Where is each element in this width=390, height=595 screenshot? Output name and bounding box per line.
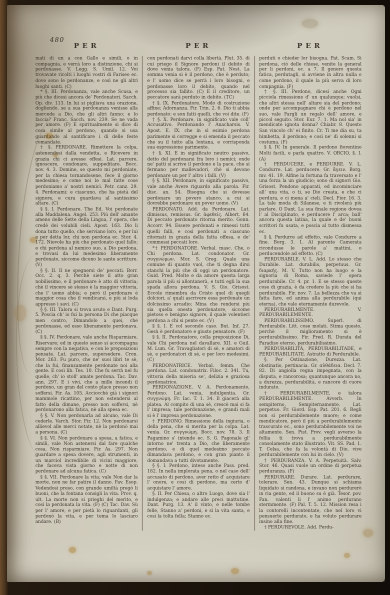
entry-paragraph: † PERDUCERE, e PERDURRE. V. L. Condurre.… xyxy=(259,162,361,235)
running-head: PER xyxy=(297,42,323,50)
entry-paragraph: PERDURARE. Durare. Lat. perdurare, toler… xyxy=(259,475,361,525)
column-left: mati di un a con Gallo e simili, o in co… xyxy=(31,56,142,524)
running-head: PER xyxy=(186,42,212,50)
entry-paragraph: mati di un a con Gallo e simili, o in co… xyxy=(35,56,137,90)
entry-paragraph: § §. I. Perdonare. The Ed. Voi perdonate… xyxy=(35,207,137,268)
page-header: 480 PER PER PER xyxy=(31,37,366,51)
entry-paragraph: § §. VII. Perdonare la vita; vale Non da… xyxy=(35,475,137,524)
entry-paragraph: † §. IX. Perdonatore. Modo di costruzion… xyxy=(147,101,249,118)
column-right: perduti o chieder lor bisogna. Pat. Scam… xyxy=(254,56,366,531)
entry-paragraph: § §. V. Non perdonarla ad alcuno, vale D… xyxy=(35,413,137,435)
column-middle: con perdonati darvi colla libertà. Plut.… xyxy=(142,56,254,531)
running-head: PER xyxy=(74,42,100,50)
foxing-stain xyxy=(302,19,318,28)
entry-paragraph: § §. IV. In generale. Il perdono fiorent… xyxy=(259,145,361,162)
entry-paragraph: PERDONATO. Add. da Perdonare. Lat. dimis… xyxy=(147,207,249,246)
entry-paragraph: † §. PERDONARE. Rimettere la colpa, aste… xyxy=(35,145,137,206)
entry-paragraph: † PERDURANZA. V. A. Perpetuità. Salv. St… xyxy=(259,458,361,475)
header-cell: PER xyxy=(254,37,366,51)
entry-paragraph: § §. III. Talora si trova avuto e Dant. … xyxy=(35,307,137,335)
entry-paragraph: § §. VI. Non perdonare a spesa, a fatica… xyxy=(35,436,137,475)
entry-paragraph: † PERDONO. Rimessione della ingiuria, o … xyxy=(147,419,249,464)
entry-paragraph: § §. I. E col secondo caso. But. Inf. 27… xyxy=(147,324,249,335)
entry-paragraph: §. Per Ostinazione, Durezza. Lat. obstin… xyxy=(259,357,361,391)
entry-paragraph: † PERDUREVOLE. Add. Perdu- xyxy=(259,525,361,531)
entry-paragraph: §. II. Per Chiesa, o altro Luogo, dove s… xyxy=(147,491,249,519)
entry-paragraph: § §. II. Perdonatore, colla preposizione… xyxy=(147,335,249,363)
entry-paragraph: con perdonati darvi colla libertà. Plut.… xyxy=(147,56,249,101)
entry-paragraph: PERDURABILITÀ, PERDURABILITADE, e PERDUR… xyxy=(259,346,361,357)
entry-paragraph: † §. XI. E in significato neutro passivo… xyxy=(147,151,249,179)
text-block: 480 PER PER PER mati di un a con Gallo e… xyxy=(31,37,366,531)
foxing-stain xyxy=(344,553,350,558)
foxing-stain xyxy=(69,547,76,553)
scanned-book-photo: 480 PER PER PER mati di un a con Gallo e… xyxy=(0,0,390,595)
entry-paragraph: PERDONAZIONE. V. A. Perdonamento, Perdon… xyxy=(147,385,249,419)
entry-paragraph: *† PERDONATORE. Verbal. masc. Che, o Chi… xyxy=(147,246,249,324)
entry-paragraph: † §. X. Perdonare, in significato vale c… xyxy=(147,117,249,151)
entry-paragraph: § §. II. Il ne spegnersi de' peccati. Bo… xyxy=(35,268,137,307)
entry-paragraph: § §. IV. Perdonare, vale anche Risparmia… xyxy=(35,335,137,413)
entry-paragraph: † §. III. Perdono, dicesi anche Ogni pic… xyxy=(259,89,361,145)
foxing-stain xyxy=(231,568,239,574)
entry-paragraph: § §. Perdurre ad effetto, vale Condurre … xyxy=(259,235,361,257)
book-page: 480 PER PER PER mati di un a con Gallo e… xyxy=(7,5,385,582)
foxing-stain xyxy=(147,571,152,575)
entry-paragraph: PERDURABILMENTE. V. PERDURABILEMENTE. xyxy=(259,307,361,318)
column-layout: mati di un a con Gallo e simili, o in co… xyxy=(31,56,366,531)
header-cell: 480 PER xyxy=(31,37,143,51)
entry-paragraph: † PERDURABILMENTE, e talora PERDURABILEM… xyxy=(259,391,361,458)
entry-paragraph: * §. III. Perdonanza, vale anche Scusa, … xyxy=(35,89,137,145)
entry-paragraph: § §. I. Perdono, inteso anche Pass. pred… xyxy=(147,464,249,492)
header-cell: PER xyxy=(143,37,255,51)
page-number: 480 xyxy=(50,37,65,44)
entry-paragraph: § §. XII. Perdonare, in significato pass… xyxy=(147,179,249,207)
entry-paragraph: PERDONATRICE. Verbal. femm. Che perdona.… xyxy=(147,363,249,385)
entry-paragraph: PERDURABILE. V. L. Add. Lo stesso che Du… xyxy=(259,257,361,307)
entry-paragraph: PERDURABILISSIMO. Superl. di Perdurabile… xyxy=(259,318,361,346)
foxing-stain xyxy=(15,305,26,321)
entry-paragraph: perduti o chieder lor bisogna. Pat. Scam… xyxy=(259,56,361,90)
